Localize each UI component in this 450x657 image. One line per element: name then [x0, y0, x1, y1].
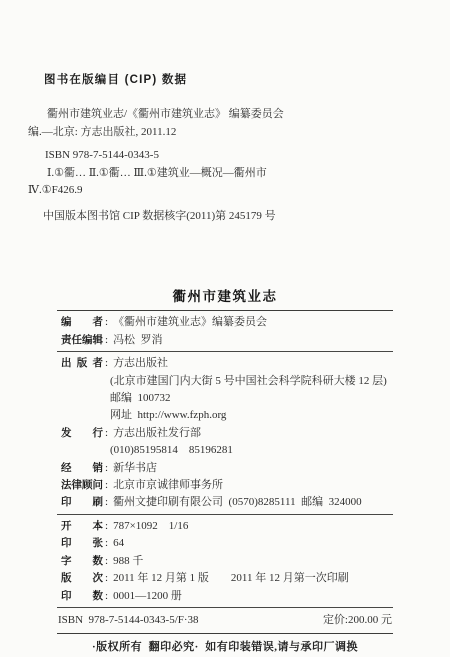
row-value: 《衢州市建筑业志》编纂委员会: [113, 314, 267, 331]
row-value: 0001—1200 册: [113, 588, 182, 605]
copyright-notice: ·版权所有 翻印必究· 如有印装错误,请与承印厂调换: [57, 639, 393, 656]
cip-record-number-line: 中国版本图书馆 CIP 数据核字(2011)第 245179 号: [43, 208, 412, 225]
row-label: 法律顾问: [61, 477, 103, 494]
row-value: 方志出版社发行部: [113, 425, 201, 442]
colophon-row-edition: 版次: 2011 年 12 月第 1 版 2011 年 12 月第一次印刷: [61, 570, 393, 587]
distribution-phones: (010)85195814 85196281: [110, 442, 393, 459]
colophon-row-editor: 编者: 《衢州市建筑业志》编纂委员会: [61, 314, 393, 331]
colophon-row-word-count: 字数: 988 千: [61, 553, 393, 570]
price: 定价:200.00 元: [323, 612, 392, 629]
row-colon: :: [105, 477, 108, 494]
row-colon: :: [105, 535, 108, 552]
colophon-row-format: 开本: 787×1092 1/16: [61, 518, 393, 535]
copyright-page: 图书在版编目 (CIP) 数据 衢州市建筑业志/《衢州市建筑业志》 编纂委员会 …: [0, 0, 450, 657]
row-colon: :: [105, 494, 108, 511]
row-colon: :: [105, 425, 108, 442]
colophon-row-legal-counsel: 法律顾问: 北京市京诚律师事务所: [61, 477, 393, 494]
row-value: 新华书店: [113, 460, 157, 477]
divider-after-editors: [57, 351, 393, 352]
row-colon: :: [105, 570, 108, 587]
publisher-website: 网址 http://www.fzph.org: [110, 407, 393, 424]
row-colon: :: [105, 355, 108, 372]
colophon-row-printing: 印刷: 衢州文捷印刷有限公司 (0570)8285111 邮编 324000: [61, 494, 393, 511]
row-label: 印张: [61, 535, 103, 552]
row-colon: :: [105, 332, 108, 349]
isbn-price-row: ISBN 978-7-5144-0343-5/F·38 定价:200.00 元: [57, 611, 393, 631]
colophon-row-print-run: 印数: 0001—1200 册: [61, 588, 393, 605]
row-colon: :: [105, 518, 108, 535]
row-value: 787×1092 1/16: [113, 518, 188, 535]
row-label: 编者: [61, 314, 103, 331]
isbn-number: ISBN 978-7-5144-0343-5/F·38: [58, 612, 199, 629]
row-colon: :: [105, 588, 108, 605]
row-label: 经销: [61, 460, 103, 477]
row-colon: :: [105, 314, 108, 331]
colophon-row-distribution: 发行: 方志出版社发行部: [61, 425, 393, 442]
row-label: 责任编辑: [61, 332, 103, 349]
row-label: 印刷: [61, 494, 103, 511]
divider-after-printing: [57, 514, 393, 515]
divider-before-isbn: [57, 607, 393, 608]
colophon-row-managing-editor: 责任编辑: 冯松 罗消: [61, 332, 393, 349]
row-colon: :: [105, 553, 108, 570]
row-value: 2011 年 12 月第 1 版 2011 年 12 月第一次印刷: [113, 570, 349, 587]
row-value: 988 千: [113, 553, 143, 570]
row-label: 开本: [61, 518, 103, 535]
row-value: 北京市京诚律师事务所: [113, 477, 223, 494]
divider-after-isbn: [57, 633, 393, 634]
publisher-address: (北京市建国门内大街 5 号中国社会科学院科研大楼 12 层): [110, 373, 393, 390]
colophon-row-sheets: 印张: 64: [61, 535, 393, 552]
row-value: 方志出版社: [113, 355, 168, 372]
colophon-block: 衢州市建筑业志 编者: 《衢州市建筑业志》编纂委员会 责任编辑: 冯松 罗消 出…: [57, 288, 393, 657]
cip-heading: 图书在版编目 (CIP) 数据: [44, 72, 412, 89]
cip-isbn-line: ISBN 978-7-5144-0343-5: [45, 147, 412, 164]
row-value: 冯松 罗消: [113, 332, 163, 349]
row-label: 发行: [61, 425, 103, 442]
cip-classification-line-1: Ⅰ.①衢… Ⅱ.①衢… Ⅲ.①建筑业—概况—衢州市: [47, 165, 412, 182]
row-colon: :: [105, 460, 108, 477]
row-label: 版次: [61, 570, 103, 587]
row-label: 字数: [61, 553, 103, 570]
colophon-row-sales: 经销: 新华书店: [61, 460, 393, 477]
cip-entry-line-2: 编.—北京: 方志出版社, 2011.12: [28, 124, 412, 141]
cip-block: 图书在版编目 (CIP) 数据 衢州市建筑业志/《衢州市建筑业志》 编纂委员会 …: [28, 72, 412, 226]
book-title: 衢州市建筑业志: [57, 288, 393, 305]
row-value: 64: [113, 535, 124, 552]
colophon-row-publisher: 出版者: 方志出版社: [61, 355, 393, 372]
publisher-postcode: 邮编 100732: [110, 390, 393, 407]
divider-under-title: [57, 310, 393, 311]
cip-classification-line-2: Ⅳ.①F426.9: [28, 182, 412, 199]
row-label: 出版者: [61, 355, 103, 372]
row-value: 衢州文捷印刷有限公司 (0570)8285111 邮编 324000: [113, 494, 362, 511]
cip-entry-line-1: 衢州市建筑业志/《衢州市建筑业志》 编纂委员会: [47, 106, 412, 123]
row-label: 印数: [61, 588, 103, 605]
